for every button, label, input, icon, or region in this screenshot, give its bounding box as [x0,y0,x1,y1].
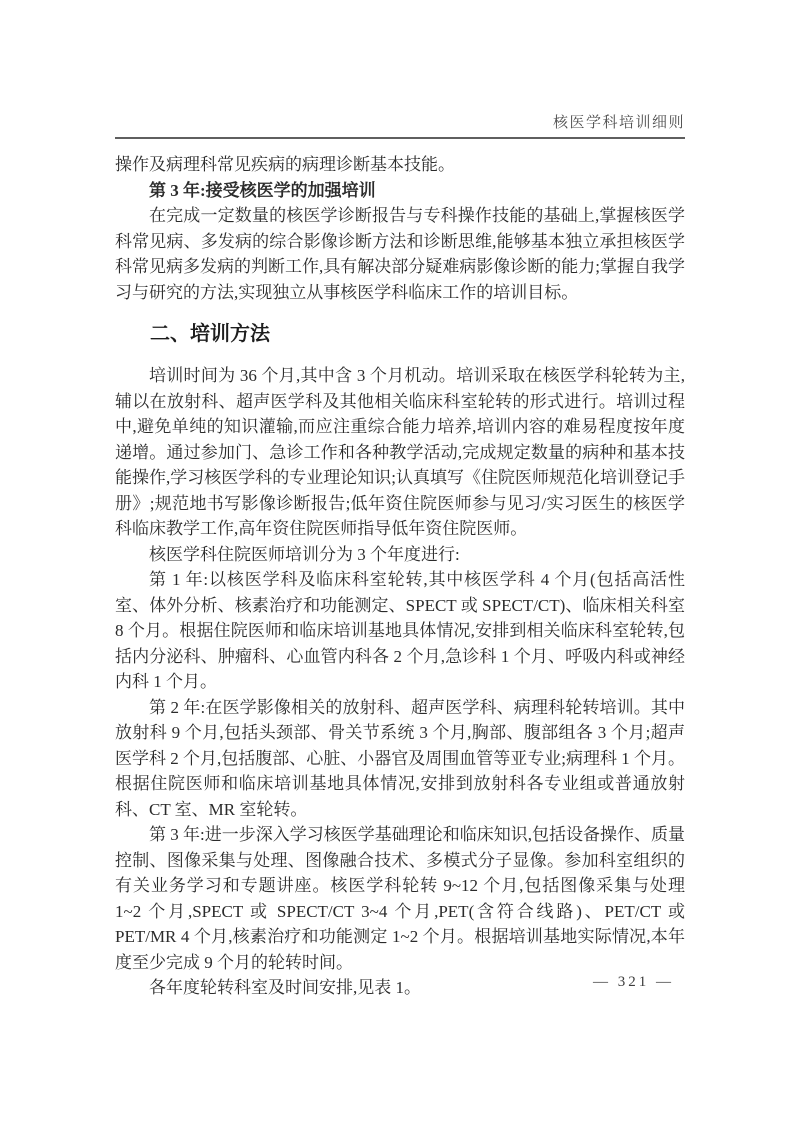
continuation-paragraph: 操作及病理科常见疾病的病理诊断基本技能。 [115,152,685,178]
body-paragraph: 第 3 年:进一步深入学习核医学基础理论和临床知识,包括设备操作、质量控制、图像… [115,822,685,975]
body-paragraph: 第 1 年:以核医学科及临床科室轮转,其中核医学科 4 个月(包括高活性室、体外… [115,567,685,695]
body-paragraph: 培训时间为 36 个月,其中含 3 个月机动。培训采取在核医学科轮转为主,辅以在… [115,363,685,542]
body-text: 操作及病理科常见疾病的病理诊断基本技能。 第 3 年:接受核医学的加强培训 在完… [115,152,685,1001]
year3-subheading: 第 3 年:接受核医学的加强培训 [115,178,685,204]
page-content: 核医学科培训细则 操作及病理科常见疾病的病理诊断基本技能。 第 3 年:接受核医… [115,0,685,1001]
footer-page-number: — 321 — [593,974,674,991]
body-paragraph: 第 2 年:在医学影像相关的放射科、超声医学科、病理科轮转培训。其中放射科 9 … [115,695,685,823]
document-page: 核医学科培训细则 操作及病理科常见疾病的病理诊断基本技能。 第 3 年:接受核医… [0,0,800,1131]
header-divider [115,137,685,139]
body-paragraph: 核医学科住院医师培训分为 3 个年度进行: [115,542,685,568]
section-heading-training-methods: 二、培训方法 [115,320,685,348]
running-header-title: 核医学科培训细则 [115,0,685,132]
year3-paragraph: 在完成一定数量的核医学诊断报告与专科操作技能的基础上,掌握核医学科常见病、多发病… [115,203,685,305]
